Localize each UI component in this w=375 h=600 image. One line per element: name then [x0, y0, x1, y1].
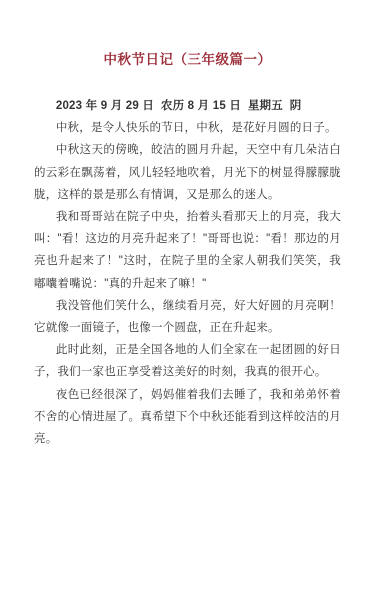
diary-page: 中秋节日记（三年级篇一） 2023 年 9 月 29 日 农历 8 月 15 日… — [0, 0, 375, 600]
paragraph-4: 我没管他们笑什么，继续看月亮，好大好圆的月亮啊！它就像一面镜子，也像一个圆盘，正… — [34, 295, 341, 339]
paragraph-1: 中秋，是令人快乐的节日，中秋，是花好月圆的日子。 — [34, 117, 341, 139]
page-title: 中秋节日记（三年级篇一） — [34, 51, 341, 69]
diary-content: 2023 年 9 月 29 日 农历 8 月 15 日 星期五 阴 中秋，是令人… — [34, 95, 341, 450]
date-line: 2023 年 9 月 29 日 农历 8 月 15 日 星期五 阴 — [34, 95, 341, 117]
paragraph-6: 夜色已经很深了，妈妈催着我们去睡了，我和弟弟怀着不舍的心情进屋了。真希望下个中秋… — [34, 384, 341, 451]
paragraph-3: 我和哥哥站在院子中央，抬着头看那天上的月亮，我大叫："看！这边的月亮升起来了！"… — [34, 206, 341, 295]
paragraph-2: 中秋这天的傍晚，皎洁的圆月升起，天空中有几朵洁白的云彩在飘荡着，风儿轻轻地吹着，… — [34, 139, 341, 206]
paragraph-5: 此时此刻，正是全国各地的人们全家在一起团圆的好日子，我们一家也正享受着这美好的时… — [34, 339, 341, 383]
